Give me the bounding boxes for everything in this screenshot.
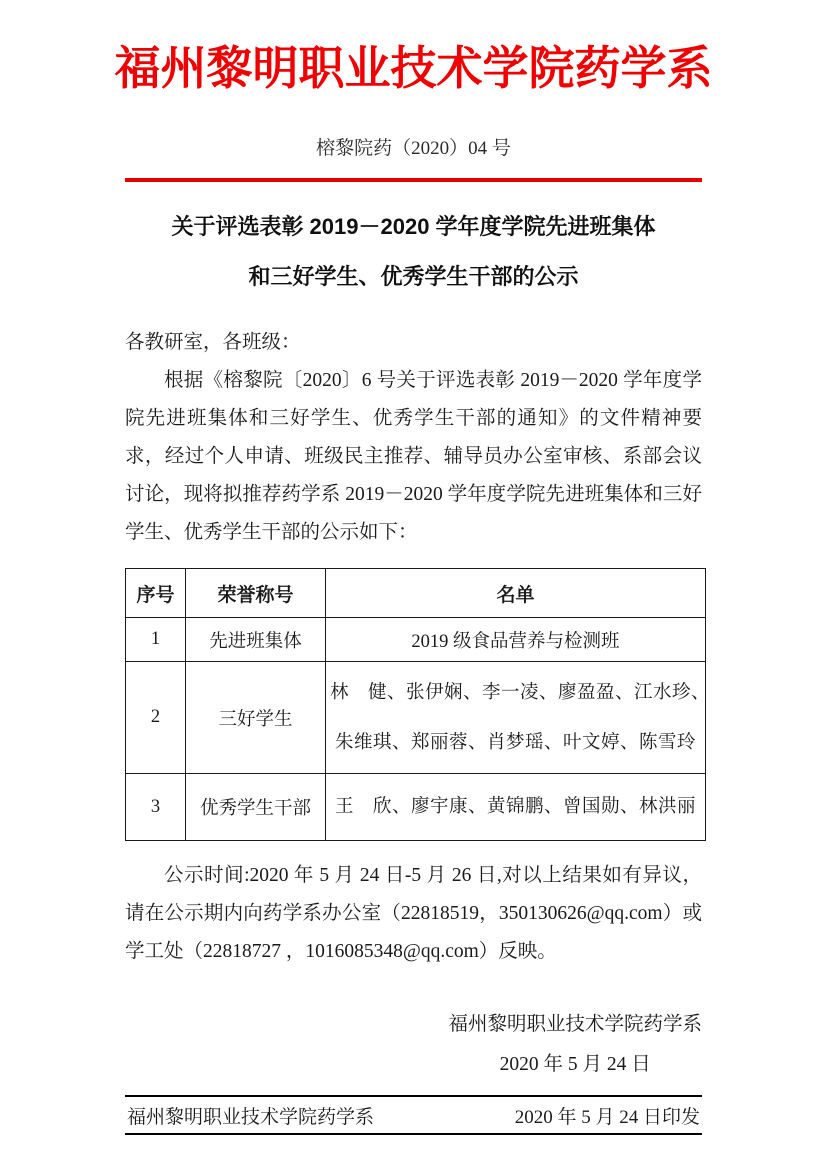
row-honor: 三好学生 <box>186 662 326 774</box>
red-divider <box>125 178 702 182</box>
main-paragraph: 根据《榕黎院〔2020〕6 号关于评选表彰 2019－2020 学年度学院先进班… <box>125 362 702 552</box>
row-names: 2019 级食品营养与检测班 <box>326 618 706 662</box>
row-no: 3 <box>126 774 186 841</box>
document-page: 福州黎明职业技术学院药学系 榕黎院药（2020）04 号 关于评选表彰 2019… <box>0 0 827 1169</box>
row-honor: 先进班集体 <box>186 618 326 662</box>
row-names: 王 欣、廖宇康、黄锦鹏、曾国勋、林洪丽 <box>326 774 706 841</box>
table-row: 2 三好学生 林 健、张伊娴、李一凌、廖盈盈、江水珍、 朱维琪、郑丽蓉、肖梦瑶、… <box>126 662 706 774</box>
doc-title: 关于评选表彰 2019－2020 学年度学院先进班集体 和三好学生、优秀学生干部… <box>0 202 827 302</box>
footer-issue-date: 2020 年 5 月 24 日印发 <box>515 1102 700 1129</box>
table-row: 3 优秀学生干部 王 欣、廖宇康、黄锦鹏、曾国勋、林洪丽 <box>126 774 706 841</box>
footer-org: 福州黎明职业技术学院药学系 <box>127 1102 374 1129</box>
table-header-row: 序号 荣誉称号 名单 <box>126 569 706 618</box>
col-header-names: 名单 <box>326 569 706 618</box>
masthead-title: 福州黎明职业技术学院药学系 <box>0 42 827 96</box>
table-row: 1 先进班集体 2019 级食品营养与检测班 <box>126 618 706 662</box>
document-body: 各教研室，各班级： 根据《榕黎院〔2020〕6 号关于评选表彰 2019－202… <box>125 324 702 1085</box>
doc-title-line1: 关于评选表彰 2019－2020 学年度学院先进班集体 <box>0 202 827 252</box>
row-no: 2 <box>126 662 186 774</box>
signature-date: 2020 年 5 月 24 日 <box>448 1045 702 1085</box>
col-header-no: 序号 <box>126 569 186 618</box>
doc-title-line2: 和三好学生、优秀学生干部的公示 <box>0 252 827 302</box>
names-line-1: 林 健、张伊娴、李一凌、廖盈盈、江水珍、 <box>330 668 701 718</box>
announcement-paragraph: 公示时间:2020 年 5 月 24 日-5 月 26 日,对以上结果如有异议，… <box>125 857 702 971</box>
salutation: 各教研室，各班级： <box>125 324 702 362</box>
signature-block: 福州黎明职业技术学院药学系 2020 年 5 月 24 日 <box>125 1005 702 1085</box>
names-line-2: 朱维琪、郑丽蓉、肖梦瑶、叶文婷、陈雪玲 <box>330 718 701 768</box>
row-names: 林 健、张伊娴、李一凌、廖盈盈、江水珍、 朱维琪、郑丽蓉、肖梦瑶、叶文婷、陈雪玲 <box>326 662 706 774</box>
row-no: 1 <box>126 618 186 662</box>
page-footer: 福州黎明职业技术学院药学系 2020 年 5 月 24 日印发 <box>125 1095 702 1135</box>
col-header-honor: 荣誉称号 <box>186 569 326 618</box>
names-line-1: 王 欣、廖宇康、黄锦鹏、曾国勋、林洪丽 <box>330 782 701 832</box>
signature-org: 福州黎明职业技术学院药学系 <box>448 1005 702 1045</box>
doc-number: 榕黎院药（2020）04 号 <box>0 136 827 162</box>
row-honor: 优秀学生干部 <box>186 774 326 841</box>
honors-table: 序号 荣誉称号 名单 1 先进班集体 2019 级食品营养与检测班 2 三好学生… <box>125 568 706 841</box>
